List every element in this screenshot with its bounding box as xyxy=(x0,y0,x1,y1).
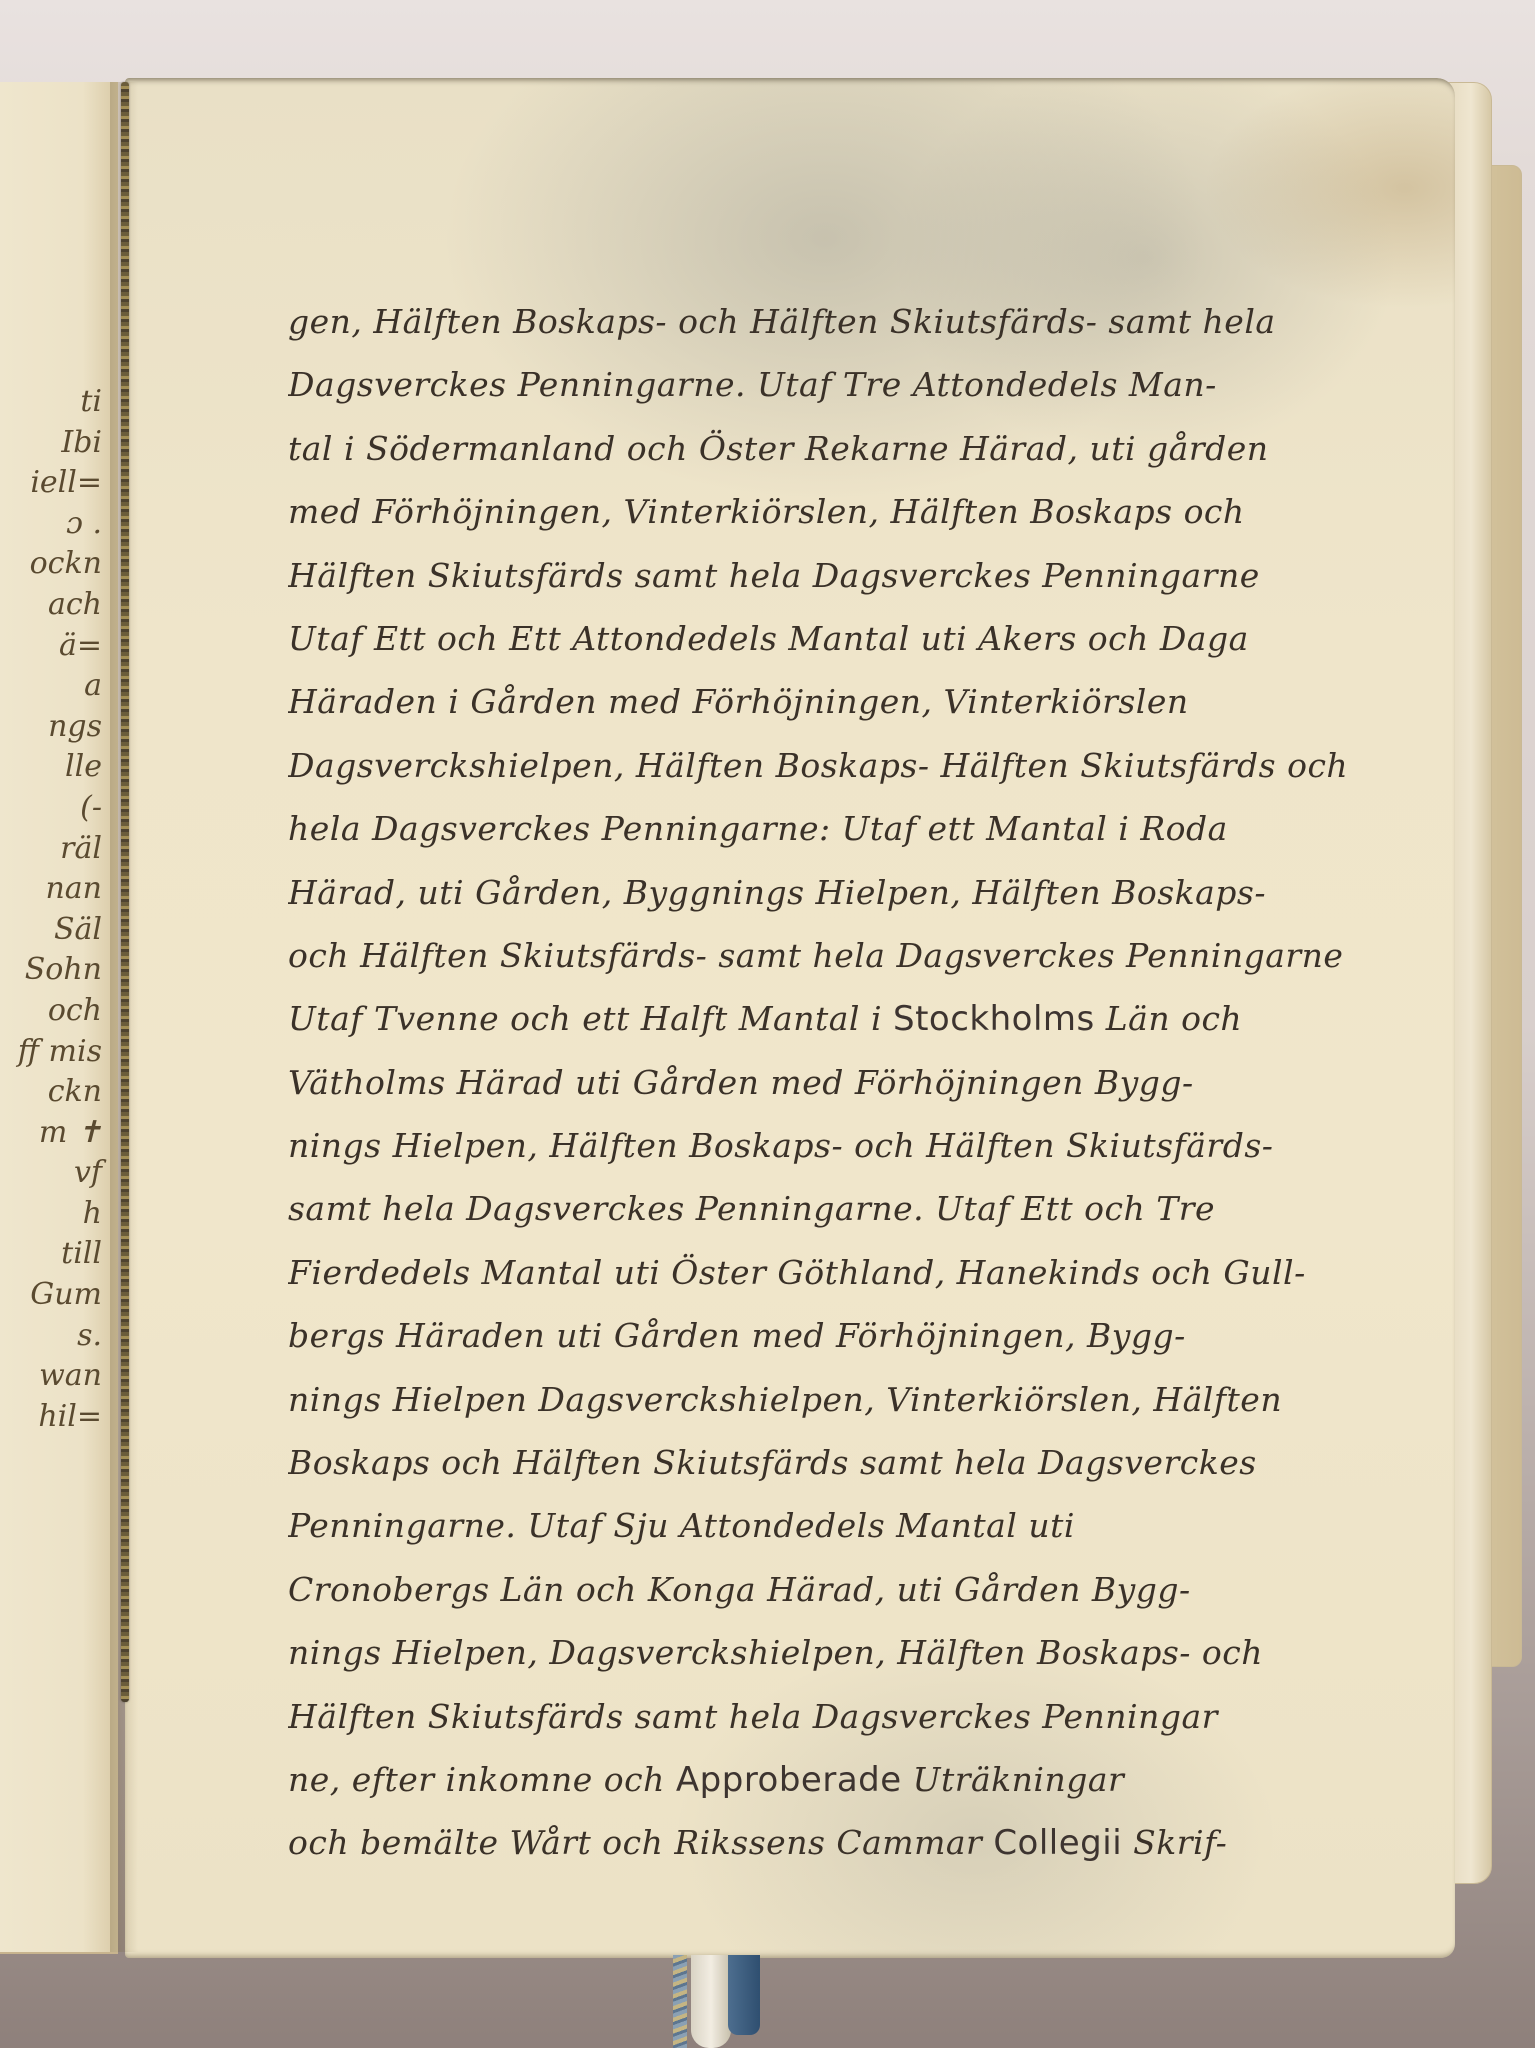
left-page-line: ckn xyxy=(0,1072,110,1113)
left-page-line: vf xyxy=(0,1153,110,1194)
manuscript-line: ne, efter inkomne och Approberade Uträkn… xyxy=(288,1748,1348,1811)
left-page-line: nan xyxy=(0,869,110,910)
manuscript-line: Dagsverckes Penningarne. Utaf Tre Attond… xyxy=(288,353,1348,416)
left-page-line: h xyxy=(0,1194,110,1235)
manuscript-line: Häraden i Gården med Förhöjningen, Vinte… xyxy=(288,670,1348,733)
manuscript-line: hela Dagsverckes Penningarne: Utaf ett M… xyxy=(288,797,1348,860)
latin-script-word: Stockholms xyxy=(893,999,1095,1039)
left-page: tiIbiiell=ɔ .ocknachä=angslle(-rälnanSäl… xyxy=(0,82,118,1954)
manuscript-line: Cronobergs Län och Konga Härad, uti Gård… xyxy=(288,1558,1348,1621)
manuscript-line: och bemälte Wårt och Rikssens Cammar Col… xyxy=(288,1811,1348,1874)
manuscript-line: nings Hielpen, Dagsverckshielpen, Hälfte… xyxy=(288,1621,1348,1684)
left-page-line: ach xyxy=(0,585,110,626)
manuscript-line: bergs Häraden uti Gården med Förhöjninge… xyxy=(288,1304,1348,1367)
manuscript-line: Utaf Ett och Ett Attondedels Mantal uti … xyxy=(288,607,1348,670)
left-page-line: iell= xyxy=(0,463,110,504)
manuscript-line: tal i Södermanland och Öster Rekarne Här… xyxy=(288,417,1348,480)
latin-script-word: Approberade xyxy=(676,1760,902,1800)
left-page-text-fragments: tiIbiiell=ɔ .ocknachä=angslle(-rälnanSäl… xyxy=(0,382,110,1437)
left-page-line: Sohn xyxy=(0,950,110,991)
left-page-line: (- xyxy=(0,788,110,829)
left-page-line: ɔ . xyxy=(0,504,110,545)
manuscript-line: Härad, uti Gården, Byggnings Hielpen, Hä… xyxy=(288,861,1348,924)
left-page-line: a xyxy=(0,666,110,707)
left-page-line: Gum xyxy=(0,1275,110,1316)
manuscript-line: samt hela Dagsverckes Penningarne. Utaf … xyxy=(288,1177,1348,1240)
manuscript-line: Utaf Tvenne och ett Halft Mantal i Stock… xyxy=(288,987,1348,1050)
left-page-line: ngs xyxy=(0,707,110,748)
manuscript-line: gen, Hälften Boskaps- och Hälften Skiuts… xyxy=(288,290,1348,353)
manuscript-line: Dagsverckshielpen, Hälften Boskaps- Hälf… xyxy=(288,734,1348,797)
left-page-line: hil= xyxy=(0,1397,110,1438)
manuscript-line: nings Hielpen, Hälften Boskaps- och Hälf… xyxy=(288,1114,1348,1177)
left-page-line: s. xyxy=(0,1316,110,1357)
manuscript-line: nings Hielpen Dagsverckshielpen, Vinterk… xyxy=(288,1368,1348,1431)
left-page-line: och xyxy=(0,991,110,1032)
left-page-line: ff mis xyxy=(0,1032,110,1073)
left-page-line: ä= xyxy=(0,626,110,667)
left-page-line: räl xyxy=(0,829,110,870)
latin-script-word: Collegii xyxy=(993,1823,1122,1863)
left-page-line: ti xyxy=(0,382,110,423)
manuscript-line: Vätholms Härad uti Gården med Förhöjning… xyxy=(288,1051,1348,1114)
left-page-line: Säl xyxy=(0,910,110,951)
left-page-line: wan xyxy=(0,1356,110,1397)
manuscript-line: med Förhöjningen, Vinterkiörslen, Hälfte… xyxy=(288,480,1348,543)
left-page-line: lle xyxy=(0,747,110,788)
ribbon-cord xyxy=(673,1955,687,2048)
manuscript-line: Hälften Skiutsfärds samt hela Dagsvercke… xyxy=(288,1685,1348,1748)
left-page-line: till xyxy=(0,1234,110,1275)
manuscript-line: Boskaps och Hälften Skiutsfärds samt hel… xyxy=(288,1431,1348,1494)
left-page-line: m ✝ xyxy=(0,1113,110,1154)
manuscript-line: Fierdedels Mantal uti Öster Göthland, Ha… xyxy=(288,1241,1348,1304)
left-page-line: ockn xyxy=(0,544,110,585)
bookmark-ribbon xyxy=(673,1955,793,2048)
manuscript-line: och Hälften Skiutsfärds- samt hela Dagsv… xyxy=(288,924,1348,987)
left-page-line: Ibi xyxy=(0,423,110,464)
manuscript-line: Penningarne. Utaf Sju Attondedels Mantal… xyxy=(288,1494,1348,1557)
ribbon-blue xyxy=(728,1955,760,2035)
manuscript-body-text: gen, Hälften Boskaps- och Hälften Skiuts… xyxy=(288,290,1348,1875)
ribbon-cream xyxy=(691,1955,731,2048)
manuscript-line: Hälften Skiutsfärds samt hela Dagsvercke… xyxy=(288,544,1348,607)
binding-cord xyxy=(121,82,129,1702)
